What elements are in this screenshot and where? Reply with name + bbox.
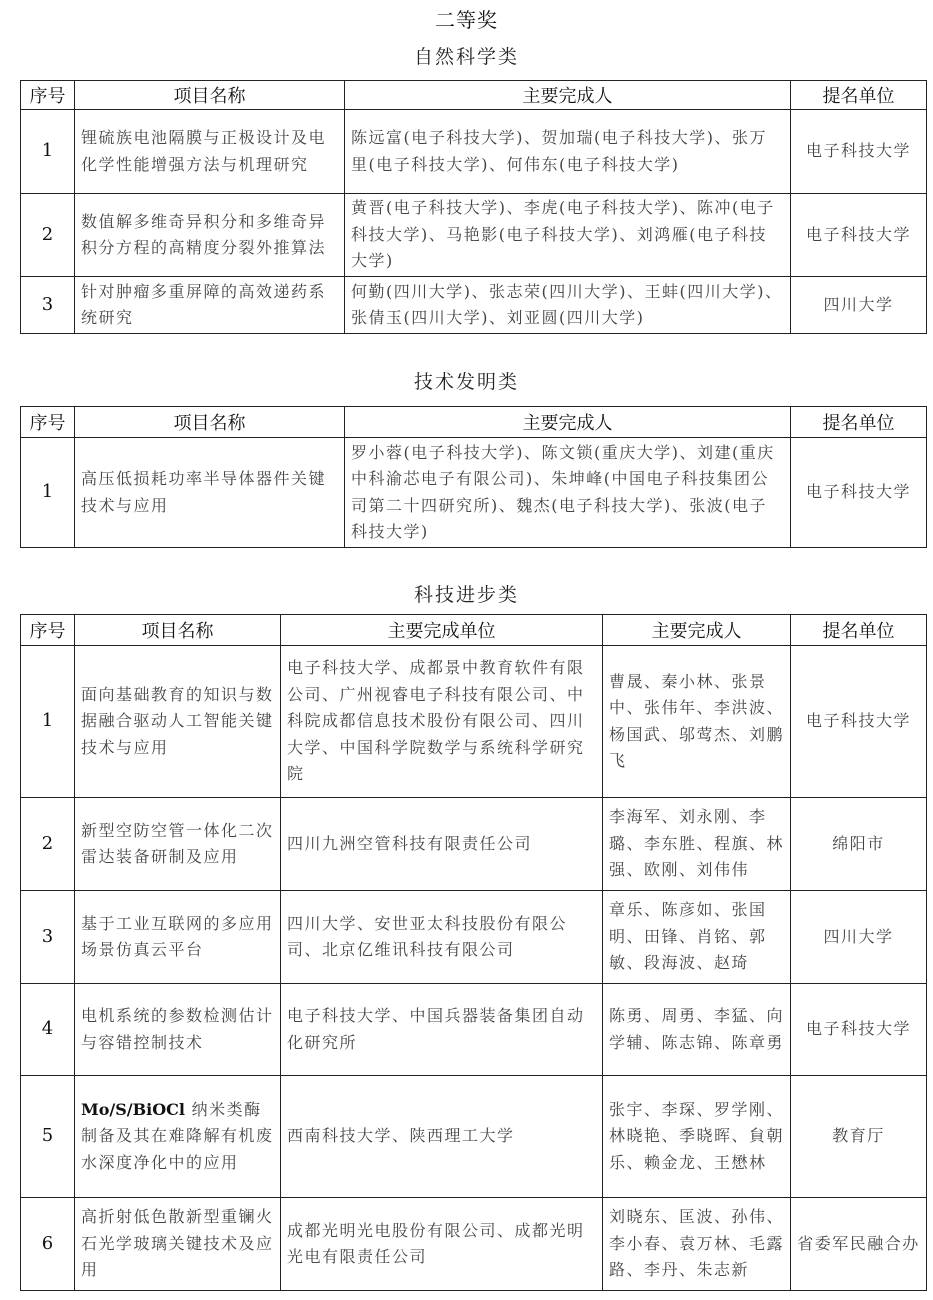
main-completers: 陈勇、周勇、李猛、向学辅、陈志锦、陈章勇 <box>603 984 791 1076</box>
header-no: 序号 <box>21 407 75 438</box>
nominating-unit: 电子科技大学 <box>791 194 927 277</box>
row-no: 6 <box>21 1198 75 1291</box>
nominating-unit: 电子科技大学 <box>791 984 927 1076</box>
row-no: 2 <box>21 194 75 277</box>
project-name: 基于工业互联网的多应用场景仿真云平台 <box>75 891 281 984</box>
header-project: 项目名称 <box>75 615 281 646</box>
project-name: 锂硫族电池隔膜与正极设计及电化学性能增强方法与机理研究 <box>75 110 345 194</box>
section-title-sci-tech-progress: 科技进步类 <box>0 580 933 607</box>
row-no: 1 <box>21 438 75 548</box>
project-name: 面向基础教育的知识与数据融合驱动人工智能关键技术与应用 <box>75 646 281 798</box>
header-project: 项目名称 <box>75 407 345 438</box>
nominating-unit: 电子科技大学 <box>791 110 927 194</box>
header-project: 项目名称 <box>75 81 345 110</box>
main-completers: 陈远富(电子科技大学)、贺加瑞(电子科技大学)、张万里(电子科技大学)、何伟东(… <box>345 110 791 194</box>
project-name: 数值解多维奇异积分和多维奇异积分方程的高精度分裂外推算法 <box>75 194 345 277</box>
row-no: 3 <box>21 277 75 334</box>
main-completers: 何勤(四川大学)、张志荣(四川大学)、王蚌(四川大学)、张倩玉(四川大学)、刘亚… <box>345 277 791 334</box>
header-no: 序号 <box>21 81 75 110</box>
header-nominator: 提名单位 <box>791 615 927 646</box>
table-row: 5 Mo/S/BiOCl 纳米类酶制备及其在难降解有机废水深度净化中的应用 西南… <box>21 1076 927 1198</box>
main-completers: 章乐、陈彦如、张国明、田锋、肖铭、郭敏、段海波、赵琦 <box>603 891 791 984</box>
table-row: 2 数值解多维奇异积分和多维奇异积分方程的高精度分裂外推算法 黄晋(电子科技大学… <box>21 194 927 277</box>
main-units: 电子科技大学、成都景中教育软件有限公司、广州视睿电子科技有限公司、中科院成都信息… <box>281 646 603 798</box>
main-completers: 黄晋(电子科技大学)、李虎(电子科技大学)、陈冲(电子科技大学)、马艳影(电子科… <box>345 194 791 277</box>
nominating-unit: 电子科技大学 <box>791 438 927 548</box>
row-no: 3 <box>21 891 75 984</box>
table-row: 2 新型空防空管一体化二次雷达装备研制及应用 四川九洲空管科技有限责任公司 李海… <box>21 798 927 891</box>
technical-invention-table: 序号 项目名称 主要完成人 提名单位 1 高压低损耗功率半导体器件关键技术与应用… <box>20 406 927 548</box>
header-nominator: 提名单位 <box>791 81 927 110</box>
main-completers: 刘晓东、匡波、孙伟、李小春、袁万林、毛露路、李丹、朱志新 <box>603 1198 791 1291</box>
project-name: 高压低损耗功率半导体器件关键技术与应用 <box>75 438 345 548</box>
table-row: 1 锂硫族电池隔膜与正极设计及电化学性能增强方法与机理研究 陈远富(电子科技大学… <box>21 110 927 194</box>
nominating-unit: 四川大学 <box>791 891 927 984</box>
section-title-natural-science: 自然科学类 <box>0 42 933 69</box>
main-units: 四川大学、安世亚太科技股份有限公司、北京亿维讯科技有限公司 <box>281 891 603 984</box>
natural-science-table: 序号 项目名称 主要完成人 提名单位 1 锂硫族电池隔膜与正极设计及电化学性能增… <box>20 80 927 334</box>
main-completers: 曹晟、秦小林、张景中、张伟年、李洪波、杨国武、邬莺杰、刘鹏飞 <box>603 646 791 798</box>
nominating-unit: 教育厅 <box>791 1076 927 1198</box>
nominating-unit: 绵阳市 <box>791 798 927 891</box>
header-people: 主要完成人 <box>345 81 791 110</box>
nominating-unit: 电子科技大学 <box>791 646 927 798</box>
table-row: 4 电机系统的参数检测估计与容错控制技术 电子科技大学、中国兵器装备集团自动化研… <box>21 984 927 1076</box>
main-completers: 罗小蓉(电子科技大学)、陈文锁(重庆大学)、刘建(重庆中科渝芯电子有限公司)、朱… <box>345 438 791 548</box>
project-name: 新型空防空管一体化二次雷达装备研制及应用 <box>75 798 281 891</box>
main-units: 电子科技大学、中国兵器装备集团自动化研究所 <box>281 984 603 1076</box>
nominating-unit: 四川大学 <box>791 277 927 334</box>
chemical-formula: Mo/S/BiOCl <box>81 1100 185 1119</box>
table-header-row: 序号 项目名称 主要完成人 提名单位 <box>21 407 927 438</box>
section-title-technical-invention: 技术发明类 <box>0 367 933 394</box>
row-no: 1 <box>21 646 75 798</box>
row-no: 5 <box>21 1076 75 1198</box>
table-row: 1 高压低损耗功率半导体器件关键技术与应用 罗小蓉(电子科技大学)、陈文锁(重庆… <box>21 438 927 548</box>
table-row: 1 面向基础教育的知识与数据融合驱动人工智能关键技术与应用 电子科技大学、成都景… <box>21 646 927 798</box>
main-units: 西南科技大学、陕西理工大学 <box>281 1076 603 1198</box>
main-units: 四川九洲空管科技有限责任公司 <box>281 798 603 891</box>
row-no: 4 <box>21 984 75 1076</box>
project-name: 电机系统的参数检测估计与容错控制技术 <box>75 984 281 1076</box>
project-name: 高折射低色散新型重镧火石光学玻璃关键技术及应用 <box>75 1198 281 1291</box>
table-row: 3 针对肿瘤多重屏障的高效递药系统研究 何勤(四川大学)、张志荣(四川大学)、王… <box>21 277 927 334</box>
main-completers: 张宇、李琛、罗学刚、林晓艳、季晓晖、貟朝乐、赖金龙、王懋林 <box>603 1076 791 1198</box>
header-nominator: 提名单位 <box>791 407 927 438</box>
award-level-title: 二等奖 <box>0 4 933 33</box>
row-no: 2 <box>21 798 75 891</box>
sci-tech-progress-table: 序号 项目名称 主要完成单位 主要完成人 提名单位 1 面向基础教育的知识与数据… <box>20 614 927 1291</box>
main-completers: 李海军、刘永刚、李璐、李东胜、程旗、林强、欧刚、刘伟伟 <box>603 798 791 891</box>
table-row: 6 高折射低色散新型重镧火石光学玻璃关键技术及应用 成都光明光电股份有限公司、成… <box>21 1198 927 1291</box>
nominating-unit: 省委军民融合办 <box>791 1198 927 1291</box>
table-header-row: 序号 项目名称 主要完成人 提名单位 <box>21 81 927 110</box>
header-people: 主要完成人 <box>345 407 791 438</box>
row-no: 1 <box>21 110 75 194</box>
header-no: 序号 <box>21 615 75 646</box>
table-row: 3 基于工业互联网的多应用场景仿真云平台 四川大学、安世亚太科技股份有限公司、北… <box>21 891 927 984</box>
project-name: 针对肿瘤多重屏障的高效递药系统研究 <box>75 277 345 334</box>
table-header-row: 序号 项目名称 主要完成单位 主要完成人 提名单位 <box>21 615 927 646</box>
header-units: 主要完成单位 <box>281 615 603 646</box>
project-name: Mo/S/BiOCl 纳米类酶制备及其在难降解有机废水深度净化中的应用 <box>75 1076 281 1198</box>
header-people: 主要完成人 <box>603 615 791 646</box>
main-units: 成都光明光电股份有限公司、成都光明光电有限责任公司 <box>281 1198 603 1291</box>
